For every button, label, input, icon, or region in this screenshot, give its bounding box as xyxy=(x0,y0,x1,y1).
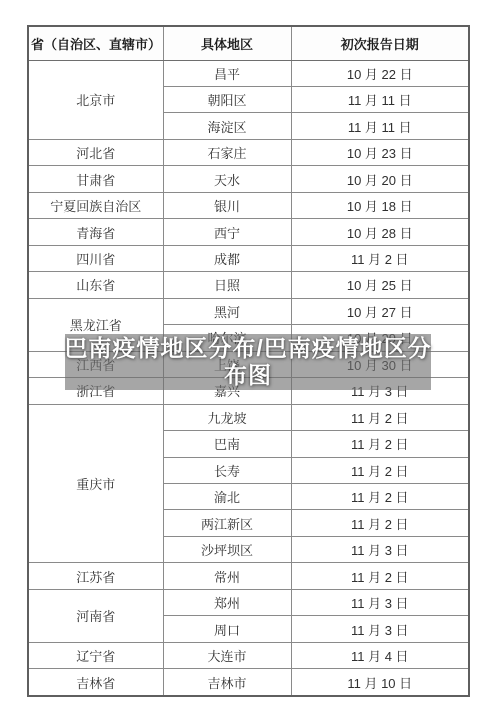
table-row: 江苏省常州11 月 2 日 xyxy=(28,563,469,589)
area-cell: 长寿 xyxy=(163,457,291,483)
date-cell: 11 月 10 日 xyxy=(291,669,469,696)
watermark-text-line2: 布图 xyxy=(224,362,272,389)
table-row: 宁夏回族自治区银川10 月 18 日 xyxy=(28,192,469,218)
date-cell: 10 月 23 日 xyxy=(291,139,469,165)
table-row: 河北省石家庄10 月 23 日 xyxy=(28,139,469,165)
table-row: 山东省日照10 月 25 日 xyxy=(28,272,469,298)
province-cell: 重庆市 xyxy=(28,404,163,563)
area-cell: 石家庄 xyxy=(163,139,291,165)
area-cell: 郑州 xyxy=(163,589,291,615)
province-cell: 甘肃省 xyxy=(28,166,163,192)
table-row: 重庆市九龙坡11 月 2 日 xyxy=(28,404,469,430)
table-row: 吉林省吉林市11 月 10 日 xyxy=(28,669,469,696)
province-cell: 河北省 xyxy=(28,139,163,165)
table-row: 黑龙江省黑河10 月 27 日 xyxy=(28,298,469,324)
province-cell: 辽宁省 xyxy=(28,642,163,668)
area-cell: 巴南 xyxy=(163,431,291,457)
date-cell: 10 月 18 日 xyxy=(291,192,469,218)
col-header-area: 具体地区 xyxy=(163,26,291,60)
date-cell: 10 月 25 日 xyxy=(291,272,469,298)
area-cell: 海淀区 xyxy=(163,113,291,139)
date-cell: 11 月 2 日 xyxy=(291,510,469,536)
province-cell: 青海省 xyxy=(28,219,163,245)
area-cell: 天水 xyxy=(163,166,291,192)
area-cell: 朝阳区 xyxy=(163,86,291,112)
table-row: 甘肃省天水10 月 20 日 xyxy=(28,166,469,192)
province-cell: 四川省 xyxy=(28,245,163,271)
table-row: 河南省郑州11 月 3 日 xyxy=(28,589,469,615)
date-cell: 11 月 11 日 xyxy=(291,86,469,112)
province-cell: 吉林省 xyxy=(28,669,163,696)
province-cell: 河南省 xyxy=(28,589,163,642)
date-cell: 10 月 20 日 xyxy=(291,166,469,192)
area-cell: 昌平 xyxy=(163,60,291,86)
area-cell: 成都 xyxy=(163,245,291,271)
watermark-text-line1: 巴南疫情地区分布/巴南疫情地区分 xyxy=(64,335,431,362)
date-cell: 11 月 3 日 xyxy=(291,616,469,642)
area-cell: 周口 xyxy=(163,616,291,642)
table-row: 四川省成都11 月 2 日 xyxy=(28,245,469,271)
table-row: 北京市昌平10 月 22 日 xyxy=(28,60,469,86)
date-cell: 11 月 3 日 xyxy=(291,536,469,562)
date-cell: 10 月 28 日 xyxy=(291,219,469,245)
table-header-row: 省（自治区、直辖市） 具体地区 初次报告日期 xyxy=(28,26,469,60)
area-cell: 大连市 xyxy=(163,642,291,668)
date-cell: 11 月 3 日 xyxy=(291,589,469,615)
date-cell: 11 月 2 日 xyxy=(291,484,469,510)
province-cell: 北京市 xyxy=(28,60,163,139)
date-cell: 11 月 2 日 xyxy=(291,457,469,483)
date-cell: 11 月 11 日 xyxy=(291,113,469,139)
date-cell: 10 月 22 日 xyxy=(291,60,469,86)
province-cell: 宁夏回族自治区 xyxy=(28,192,163,218)
page: 省（自治区、直辖市） 具体地区 初次报告日期 北京市昌平10 月 22 日朝阳区… xyxy=(0,0,500,722)
area-cell: 九龙坡 xyxy=(163,404,291,430)
date-cell: 11 月 2 日 xyxy=(291,404,469,430)
area-cell: 银川 xyxy=(163,192,291,218)
area-cell: 西宁 xyxy=(163,219,291,245)
watermark-overlay: 巴南疫情地区分布/巴南疫情地区分 布图 xyxy=(65,334,431,390)
area-cell: 渝北 xyxy=(163,484,291,510)
area-cell: 黑河 xyxy=(163,298,291,324)
col-header-province: 省（自治区、直辖市） xyxy=(28,26,163,60)
date-cell: 11 月 2 日 xyxy=(291,431,469,457)
date-cell: 11 月 2 日 xyxy=(291,563,469,589)
area-cell: 日照 xyxy=(163,272,291,298)
area-cell: 吉林市 xyxy=(163,669,291,696)
province-cell: 江苏省 xyxy=(28,563,163,589)
date-cell: 11 月 2 日 xyxy=(291,245,469,271)
col-header-date: 初次报告日期 xyxy=(291,26,469,60)
table-row: 青海省西宁10 月 28 日 xyxy=(28,219,469,245)
area-cell: 常州 xyxy=(163,563,291,589)
date-cell: 11 月 4 日 xyxy=(291,642,469,668)
area-cell: 两江新区 xyxy=(163,510,291,536)
area-cell: 沙坪坝区 xyxy=(163,536,291,562)
table-row: 辽宁省大连市11 月 4 日 xyxy=(28,642,469,668)
date-cell: 10 月 27 日 xyxy=(291,298,469,324)
province-cell: 山东省 xyxy=(28,272,163,298)
